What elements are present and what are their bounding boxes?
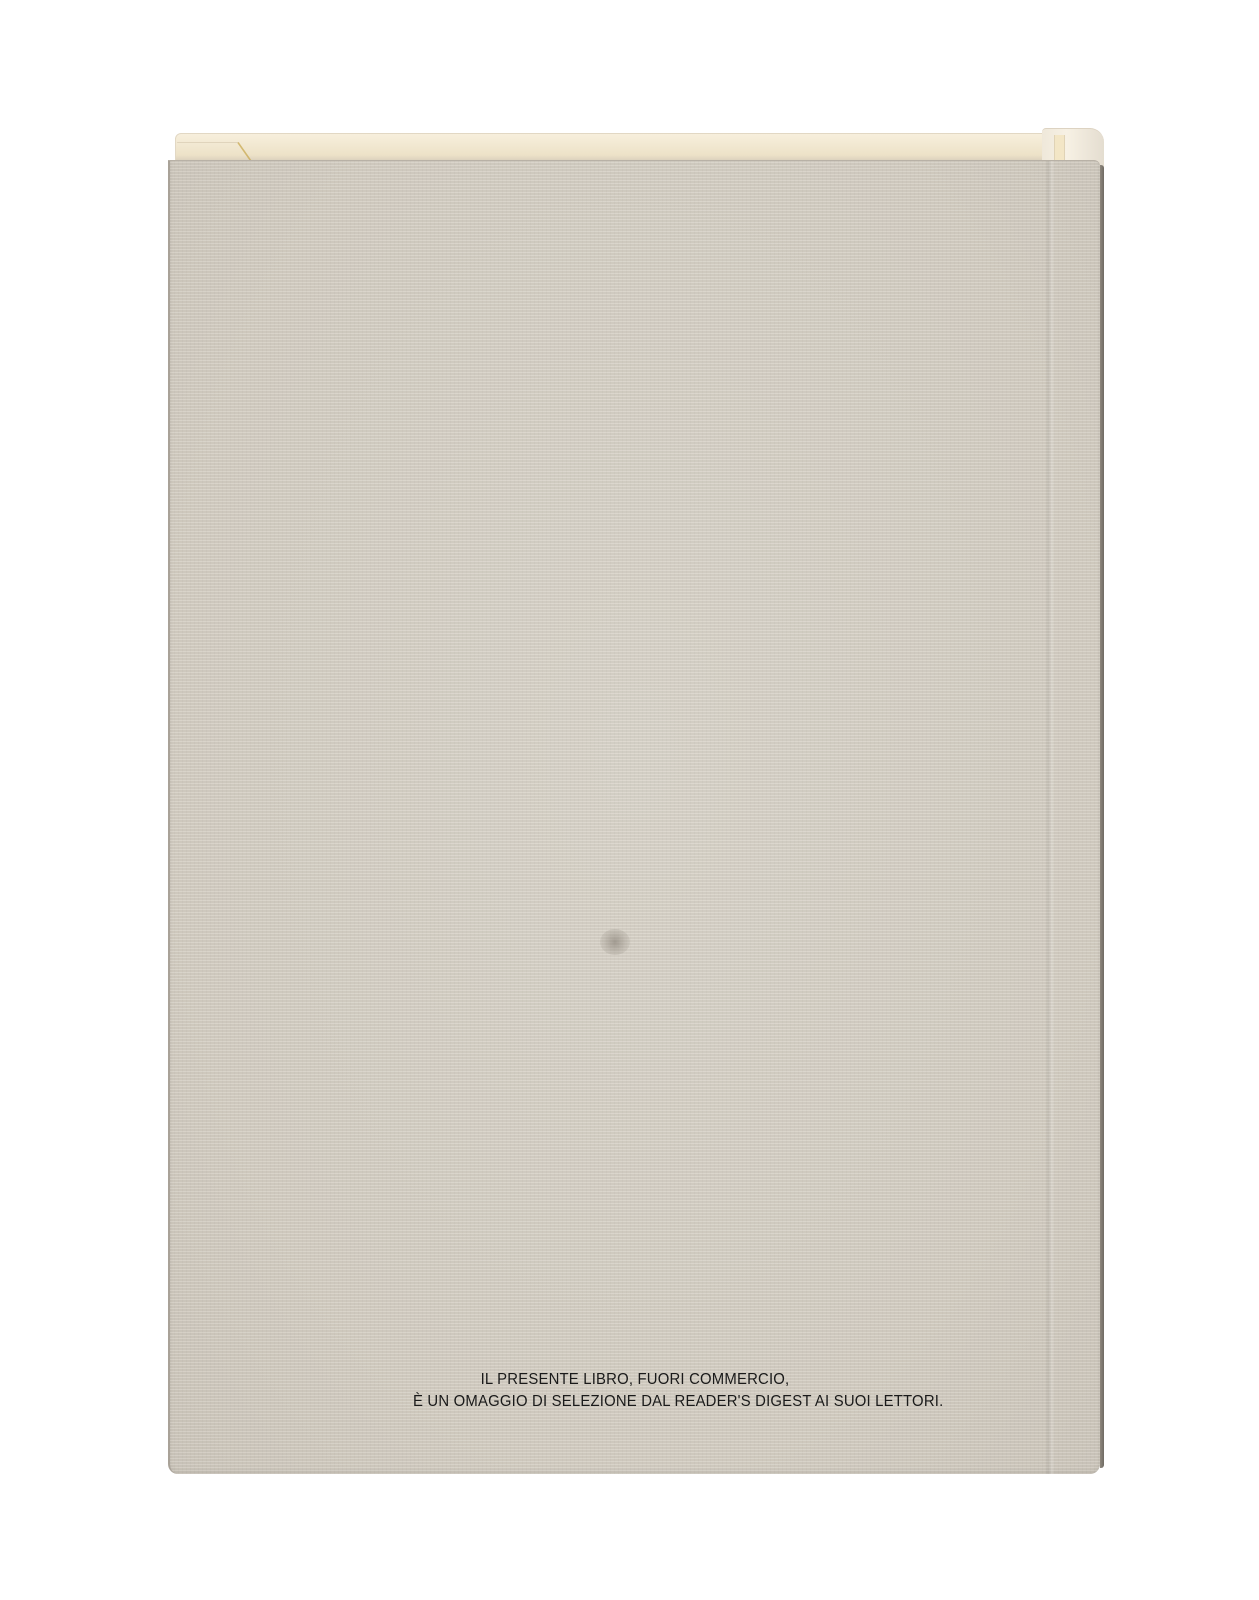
book-scan: IL PRESENTE LIBRO, FUORI COMMERCIO, È UN… <box>0 0 1259 1600</box>
cover-stain <box>600 929 630 955</box>
cover-imprint: IL PRESENTE LIBRO, FUORI COMMERCIO, È UN… <box>189 1369 1082 1413</box>
back-cover: IL PRESENTE LIBRO, FUORI COMMERCIO, È UN… <box>168 160 1100 1474</box>
spine-hinge-crease <box>1045 161 1055 1474</box>
imprint-line-2: È UN OMAGGIO DI SELEZIONE DAL READER'S D… <box>189 1391 1082 1413</box>
imprint-line-1: IL PRESENTE LIBRO, FUORI COMMERCIO, <box>189 1369 1082 1391</box>
spine-edge <box>1100 165 1104 1468</box>
